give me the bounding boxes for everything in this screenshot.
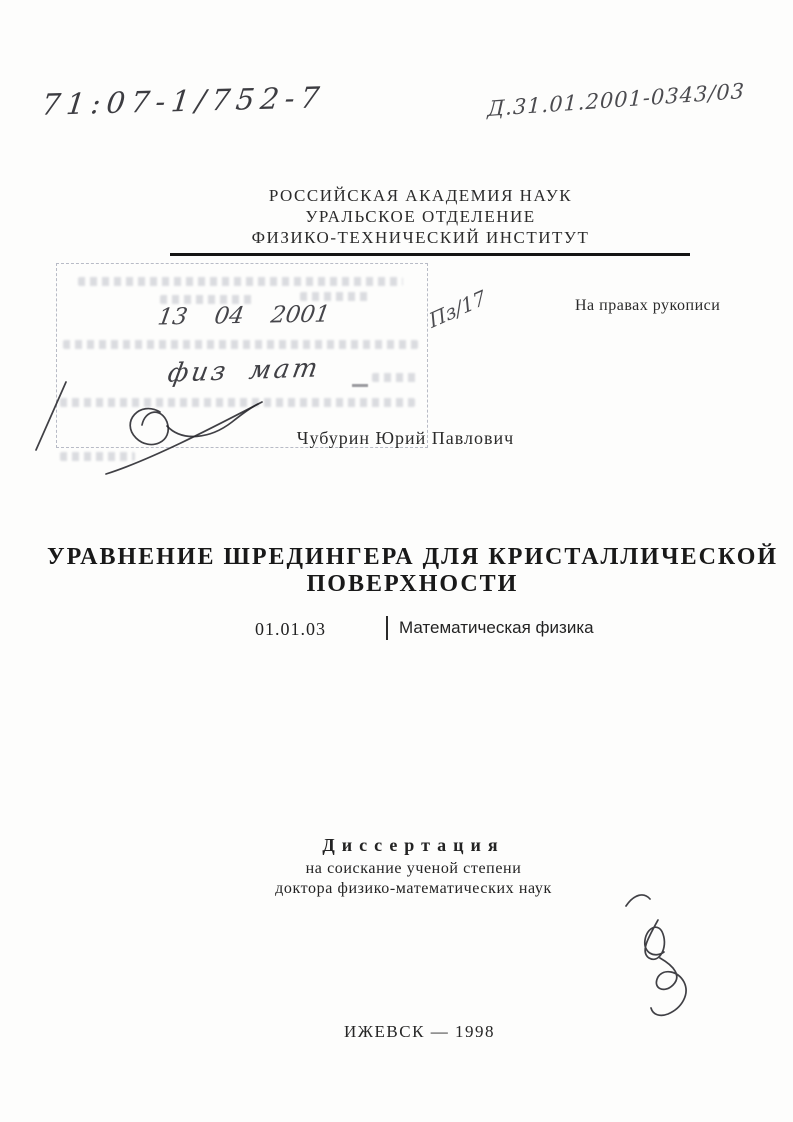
title-line-2: ПОВЕРХНОСТИ [16, 571, 793, 598]
dissertation-title: УРАВНЕНИЕ ШРЕДИНГЕРА ДЛЯ КРИСТАЛЛИЧЕСКОЙ… [16, 544, 793, 598]
author-name: Чубурин Юрий Павлович [9, 428, 793, 449]
title-line-1: УРАВНЕНИЕ ШРЕДИНГЕРА ДЛЯ КРИСТАЛЛИЧЕСКОЙ [16, 544, 793, 571]
org-line-branch: УРАЛЬСКОЕ ОТДЕЛЕНИЕ [24, 206, 793, 227]
manuscript-note: На правах рукописи [575, 297, 720, 315]
stamp-faint-line [63, 340, 418, 349]
stamp-date-handwritten: 13 04 2001 [156, 301, 332, 330]
organization-header: РОССИЙСКАЯ АКАДЕМИЯ НАУК УРАЛЬСКОЕ ОТДЕЛ… [24, 185, 793, 248]
org-line-academy: РОССИЙСКАЯ АКАДЕМИЯ НАУК [24, 185, 793, 206]
stamp-faint-line [300, 292, 370, 301]
footer-city-year: ИЖЕВСК — 1998 [23, 1022, 793, 1042]
specialty-name: Математическая физика [386, 616, 594, 640]
org-line-institute: ФИЗИКО-ТЕХНИЧЕСКИЙ ИНСТИТУТ [24, 227, 793, 248]
specialty-code: 01.01.03 [255, 619, 326, 640]
stamp-code-handwritten: Пз/17 [426, 285, 488, 333]
call-number-handwritten: 71:07-1/752-7 [40, 80, 327, 122]
stamp-faint-dash [352, 384, 368, 387]
stamp-faint-line [372, 373, 420, 382]
stamp-faint-line [78, 277, 403, 286]
header-rule [170, 253, 690, 256]
degree-line-dissertation: Диссертация [17, 835, 793, 856]
author-signature [598, 884, 748, 1024]
degree-line-seeking: на соискание ученой степени [17, 859, 793, 879]
scanned-title-page: 71:07-1/752-7 Д.31.01.2001-0343/03 РОССИ… [0, 0, 793, 1122]
registration-number-handwritten: Д.31.01.2001-0343/03 [487, 79, 746, 121]
